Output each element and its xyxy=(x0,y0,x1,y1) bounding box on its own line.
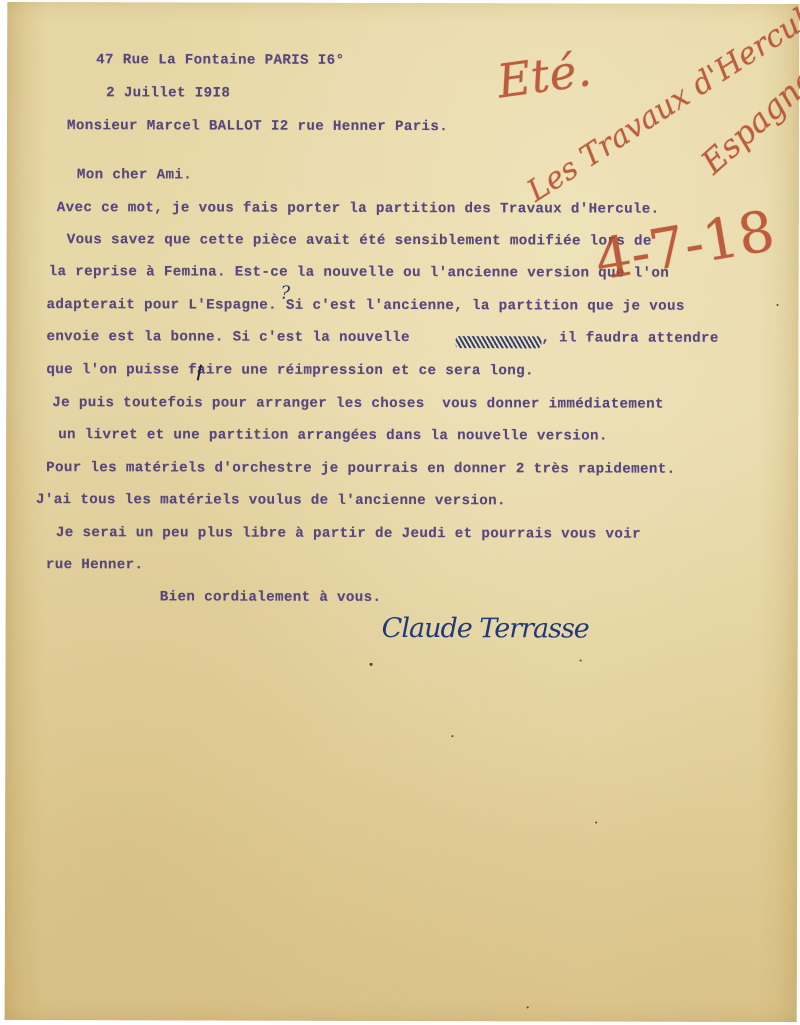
signature: Claude Terrasse xyxy=(382,613,589,645)
sender-address: 47 Rue La Fontaine PARIS I6° xyxy=(96,52,344,69)
letter-date: 2 Juillet I9I8 xyxy=(106,85,230,101)
recipient-line: Monsieur Marcel BALLOT I2 rue Henner Par… xyxy=(67,118,448,135)
closing: Bien cordialement à vous. xyxy=(160,589,382,606)
crossed-out-word xyxy=(455,336,541,348)
body-line-7: Je puis toutefois pour arranger les chos… xyxy=(52,395,664,413)
paper-speck xyxy=(370,663,373,666)
paper-speck xyxy=(527,1006,529,1008)
salutation: Mon cher Ami. xyxy=(77,167,192,183)
body-line-8: un livret et une partition arrangées dan… xyxy=(58,427,608,444)
paper-speck xyxy=(451,735,453,737)
paper-speck xyxy=(580,659,582,661)
handwritten-question-mark: ? xyxy=(281,283,290,304)
body-line-9: Pour les matériels d'orchestre je pourra… xyxy=(46,460,675,478)
body-line-5b: , il faudra attendre xyxy=(541,330,718,346)
pencil-annotation-ete: Eté. xyxy=(494,42,594,108)
paper-speck xyxy=(777,304,779,306)
body-line-6: que l'on puisse faire une réimpression e… xyxy=(46,362,534,379)
body-line-12: rue Henner. xyxy=(46,557,144,573)
body-line-1: Avec ce mot, je vous fais porter la part… xyxy=(57,200,660,218)
body-line-3: la reprise à Femina. Est-ce la nouvelle … xyxy=(49,264,670,282)
body-line-5a: envoie est la bonne. Si c'est la nouvell… xyxy=(46,329,409,346)
paper-speck xyxy=(595,822,597,824)
body-line-2: Vous savez que cette pièce avait été sen… xyxy=(67,232,652,250)
body-line-11: Je serai un peu plus libre à partir de J… xyxy=(56,525,641,543)
body-line-10: J'ai tous les matériels voulus de l'anci… xyxy=(36,492,506,509)
letter-paper: 47 Rue La Fontaine PARIS I6° 2 Juillet I… xyxy=(5,2,800,1022)
body-line-4: adapterait pour L'Espagne. Si c'est l'an… xyxy=(47,297,685,315)
